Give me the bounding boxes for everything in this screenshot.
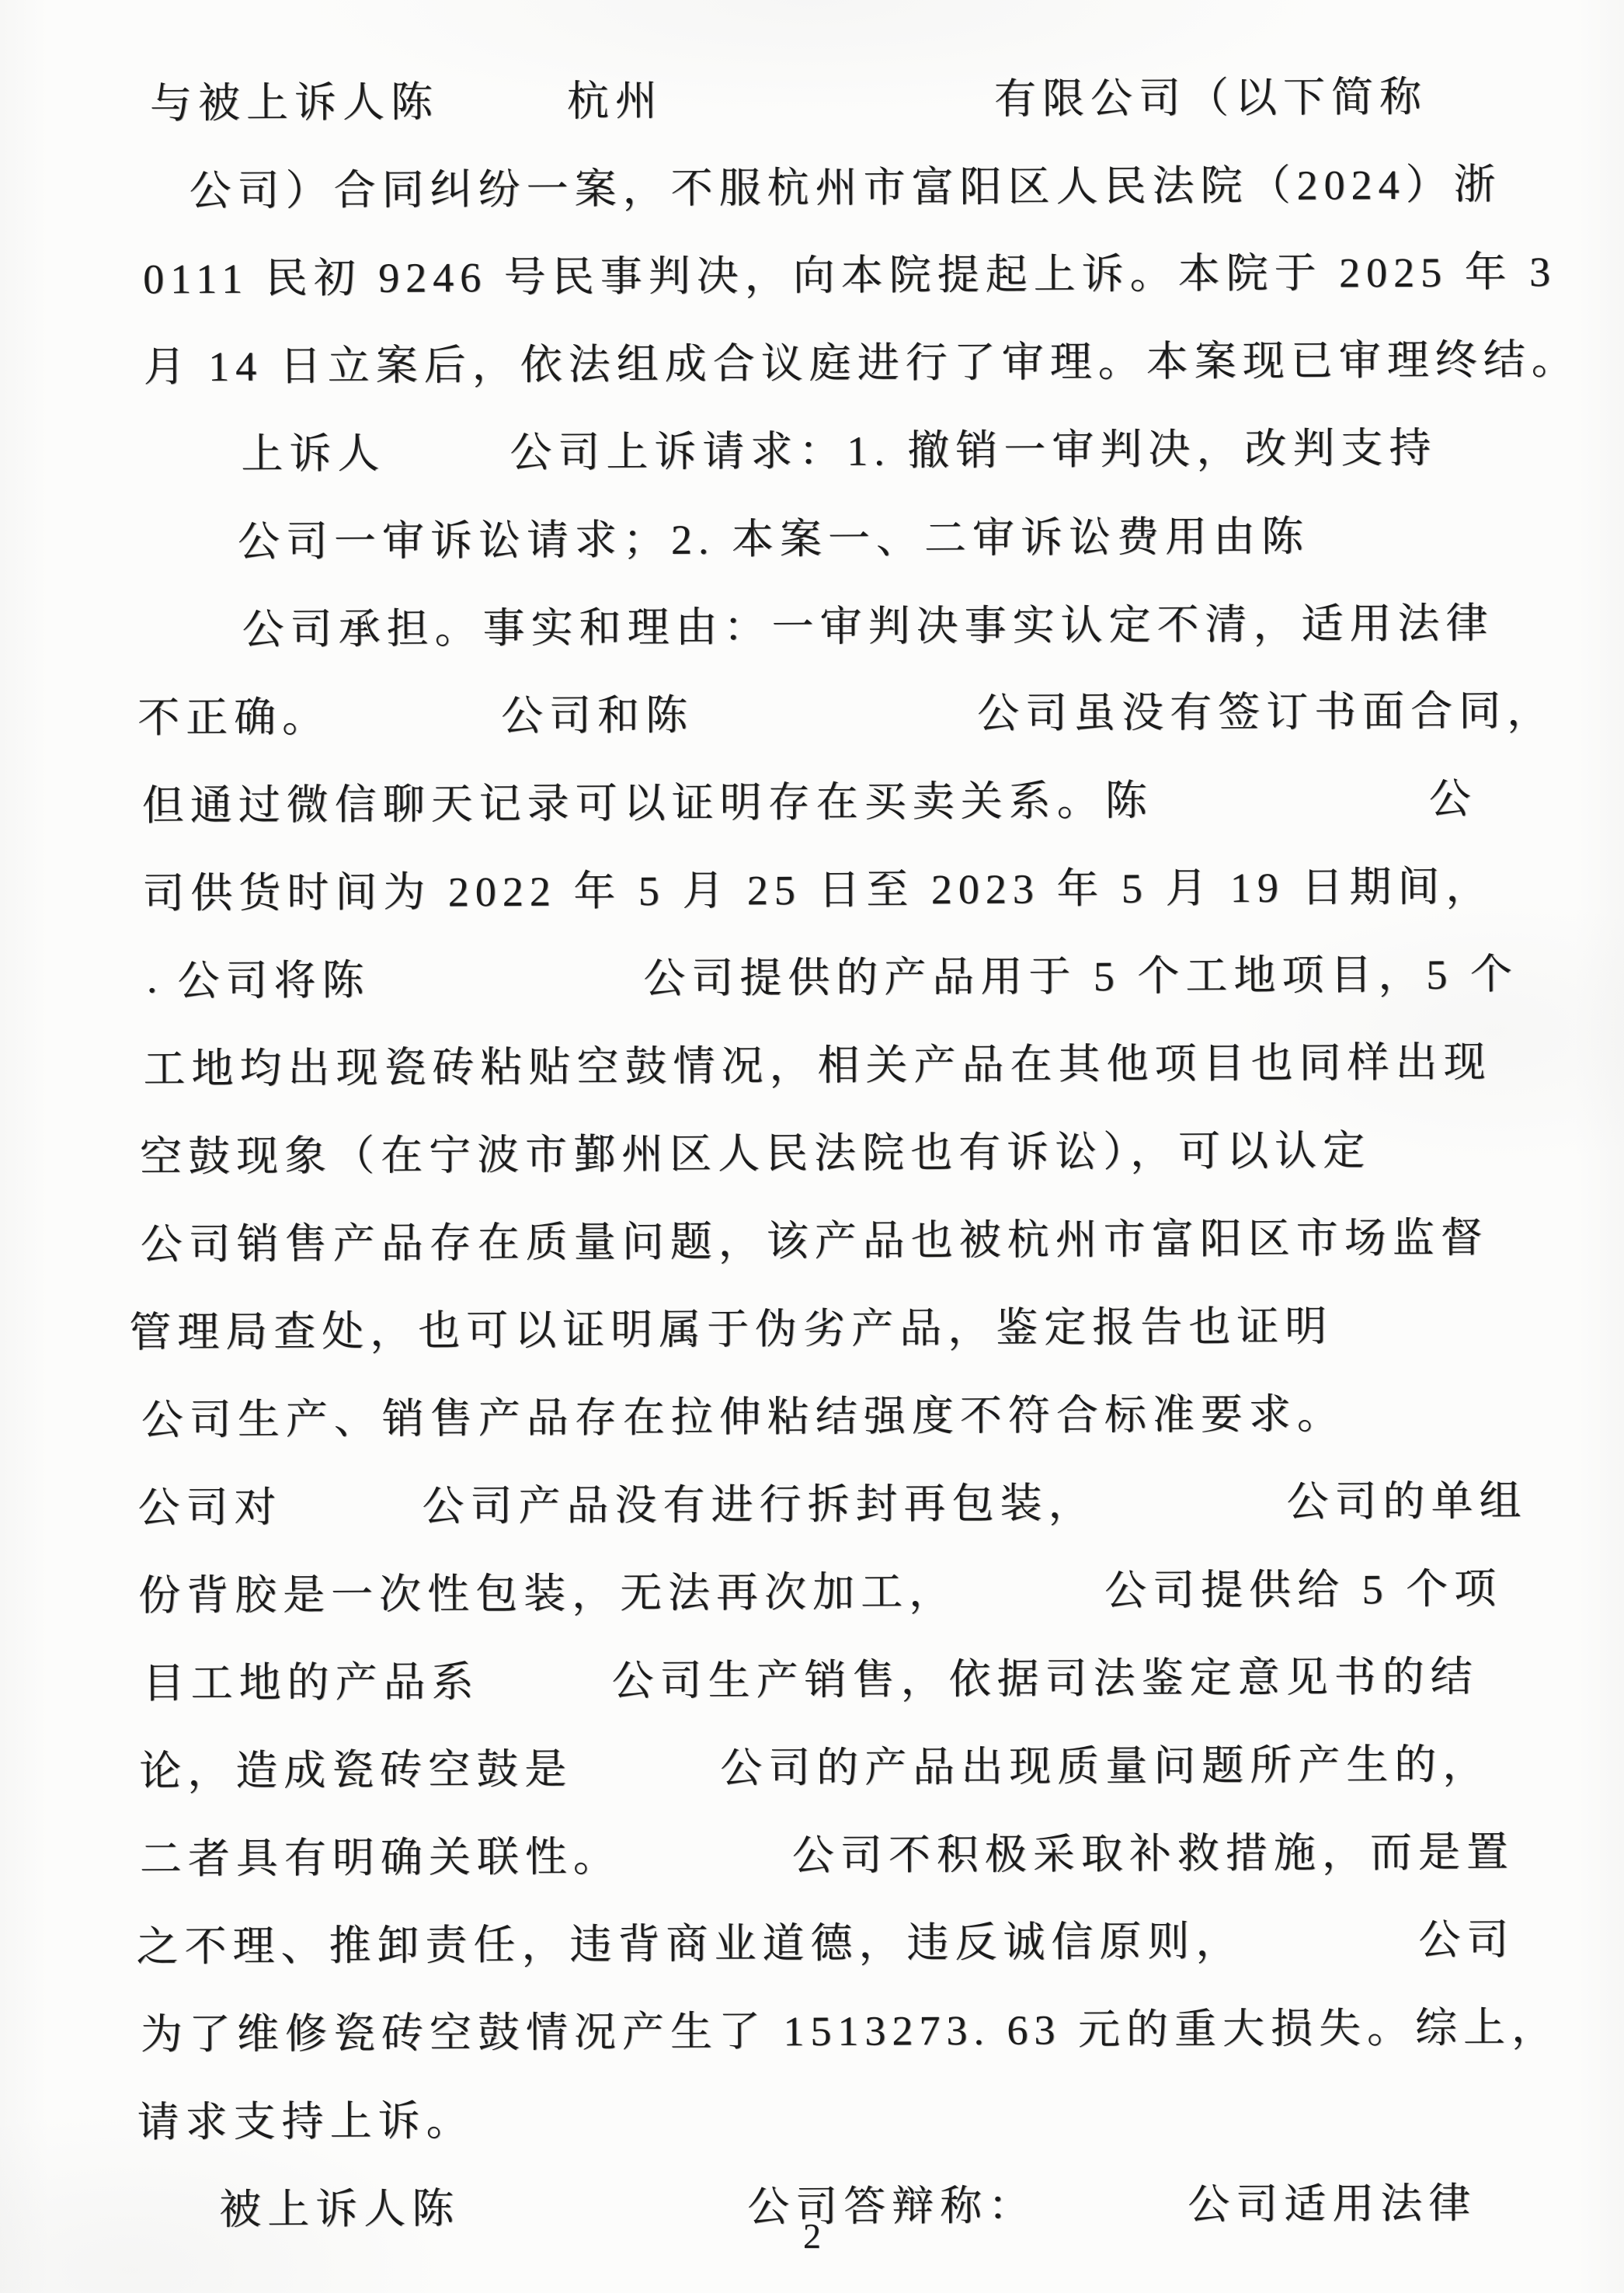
text-segment: 公司提供给 5 个项 [1104, 1555, 1502, 1617]
text-segment: 为了维修瓷砖空鼓情况产生了 1513273. 63 元的重大损失。综上， [141, 1994, 1560, 2062]
redaction-gap [621, 1852, 792, 1854]
text-segment: 公司产品没有进行拆封再包装， [422, 1470, 1096, 1533]
text-segment: 但通过微信聊天记录可以证明存在买卖关系。陈 [141, 767, 1153, 833]
document-page: 与被上诉人陈杭州有限公司（以下简称公司）合同纠纷一案，不服杭州市富阳区人民法院（… [0, 0, 1624, 2293]
text-line: 上诉人公司上诉请求：1. 撤销一审判决，改判支持 [0, 400, 1621, 496]
text-line: 份背胶是一次性包装，无法再次加工，公司提供给 5 个项 [2, 1541, 1624, 1637]
text-line: 与被上诉人陈杭州有限公司（以下简称 [0, 49, 1619, 145]
redaction-gap [385, 449, 509, 451]
redaction-gap [460, 2203, 747, 2206]
text-segment: 空鼓现象（在宁波市鄞州区人民法院也有诉讼），可以认定 [140, 1117, 1371, 1183]
text-line: 公司生产、销售产品存在拉伸粘结强度不符合标准要求。 [1, 1366, 1624, 1462]
text-segment: 公司承担。事实和理由：一审判决事实认定不清，适用法律 [242, 590, 1494, 656]
text-segment: 上诉人 [241, 420, 385, 481]
text-segment: 论，造成瓷砖空鼓是 [139, 1736, 572, 1798]
redaction-gap [663, 95, 994, 98]
text-segment: 公司将陈 [177, 947, 370, 1007]
text-segment: 公司上诉请求：1. 撤销一审判决，改判支持 [509, 415, 1437, 479]
redaction-gap [439, 97, 567, 99]
redaction-gap [282, 1502, 422, 1505]
text-line: 公司）合同纠纷一案，不服杭州市富阳区人民法院（2024）浙 [0, 137, 1619, 233]
redaction-gap [1096, 1498, 1286, 1500]
text-segment: 杭州 [567, 68, 663, 128]
text-line: 公司对公司产品没有进行拆封再包装，公司的单组 [2, 1453, 1624, 1550]
redaction-gap [957, 1587, 1104, 1589]
redaction-gap [1153, 795, 1429, 798]
text-line: 0111 民初 9246 号民事判决，向本院提起上诉。本院于 2025 年 3 [0, 224, 1619, 321]
text-segment: 管理局查处，也可以证明属于伪劣产品，鉴定报告也证明 [129, 1293, 1333, 1359]
redaction-gap [480, 1677, 612, 1679]
text-segment: 0111 民初 9246 号民事判决，向本院提起上诉。本院于 2025 年 3 [143, 238, 1556, 306]
text-segment: 公司对 [137, 1474, 282, 1535]
redaction-gap [572, 1764, 720, 1766]
text-segment: 二者具有明确关联性。 [140, 1823, 621, 1885]
text-line: 二者具有明确关联性。公司不积极采取补救措施，而是置 [3, 1804, 1624, 1901]
redaction-gap [694, 709, 977, 712]
text-segment: 公司的产品出现质量问题所产生的， [720, 1731, 1490, 1794]
text-line: 司供货时间为 2022 年 5 月 25 日至 2023 年 5 月 19 日期… [0, 839, 1623, 935]
text-line: 论，造成瓷砖空鼓是公司的产品出现质量问题所产生的， [3, 1717, 1624, 1813]
text-segment: 公司的单组 [1286, 1467, 1527, 1529]
text-segment: 工地均出现瓷砖粘贴空鼓情况，相关产品在其他项目也同样出现 [143, 1028, 1491, 1095]
text-line: 为了维修瓷砖空鼓情况产生了 1513273. 63 元的重大损失。综上， [5, 1980, 1624, 2076]
text-line: 不正确。公司和陈公司虽没有签订书面合同， [0, 663, 1622, 760]
text-segment: 公司一审诉讼请求；2. 本案一、二审诉讼费用由陈 [238, 503, 1309, 569]
text-line: 工地均出现瓷砖粘贴空鼓情况，相关产品在其他项目也同样出现 [0, 1014, 1624, 1111]
text-segment: 公 [1428, 766, 1476, 826]
text-segment: 公司和陈 [501, 682, 694, 743]
text-segment: 司供货时间为 2022 年 5 月 25 日至 2023 年 5 月 19 日期… [142, 853, 1494, 920]
text-segment: 公司）合同纠纷一案，不服杭州市富阳区人民法院（2024）浙 [189, 151, 1501, 217]
redaction-gap [370, 975, 643, 978]
text-segment: 公司生产、销售产品存在拉伸粘结强度不符合标准要求。 [141, 1380, 1345, 1446]
text-line: .公司将陈公司提供的产品用于 5 个工地项目，5 个 [0, 927, 1623, 1023]
redaction-gap [330, 712, 501, 715]
text-segment: . [147, 954, 164, 1002]
text-line: 月 14 日立案后，依法组成合议庭进行了审理。本案现已审理终结。 [0, 312, 1620, 409]
text-segment: 公司虽没有签订书面合同， [977, 677, 1555, 740]
text-block: 与被上诉人陈杭州有限公司（以下简称公司）合同纠纷一案，不服杭州市富阳区人民法院（… [0, 49, 1624, 2252]
text-segment: 份背胶是一次性包装，无法再次加工， [138, 1558, 957, 1623]
text-segment: 请求支持上诉。 [137, 2087, 474, 2149]
text-line: 公司承担。事实和理由：一审判决事实认定不清，适用法律 [0, 576, 1622, 672]
text-line: 公司销售产品存在质量问题，该产品也被杭州市富阳区市场监督 [0, 1190, 1624, 1286]
text-line: 管理局查处，也可以证明属于伪劣产品，鉴定报告也证明 [1, 1278, 1624, 1374]
text-line: 目工地的产品系公司生产销售，依据司法鉴定意见书的结 [2, 1629, 1624, 1725]
redaction-gap [1036, 2201, 1188, 2203]
text-line: 请求支持上诉。 [5, 2068, 1624, 2164]
text-segment: 与被上诉人陈 [150, 68, 439, 130]
text-line: 之不理、推卸责任，违背商业道德，违反诚信原则，公司 [4, 1892, 1624, 1989]
text-segment: 公司不积极采取补救措施，而是置 [792, 1818, 1514, 1882]
text-segment: 月 14 日立案后，依法组成合议庭进行了审理。本案现已审理终结。 [143, 326, 1579, 394]
text-segment: 有限公司（以下简称 [994, 64, 1428, 126]
text-segment: 不正确。 [137, 684, 330, 744]
text-segment: 公司 [1418, 1906, 1514, 1967]
redaction-gap [1243, 1936, 1418, 1938]
text-line: 空鼓现象（在宁波市鄞州区人民法院也有诉讼），可以认定 [0, 1102, 1624, 1199]
text-segment: 公司销售产品存在质量问题，该产品也被杭州市富阳区市场监督 [140, 1204, 1488, 1271]
text-segment: 目工地的产品系 [142, 1648, 479, 1710]
redaction-gap [163, 977, 177, 979]
page-number: 2 [0, 2215, 1624, 2256]
text-line: 但通过微信聊天记录可以证明存在买卖关系。陈公 [0, 751, 1622, 847]
text-segment: 之不理、推卸责任，违背商业道德，违反诚信原则， [136, 1908, 1243, 1973]
text-segment: 公司生产销售，依据司法鉴定意见书的结 [611, 1644, 1478, 1708]
text-segment: 公司提供的产品用于 5 个工地项目，5 个 [643, 941, 1518, 1005]
text-line: 公司一审诉讼请求；2. 本案一、二审诉讼费用由陈 [0, 488, 1621, 584]
